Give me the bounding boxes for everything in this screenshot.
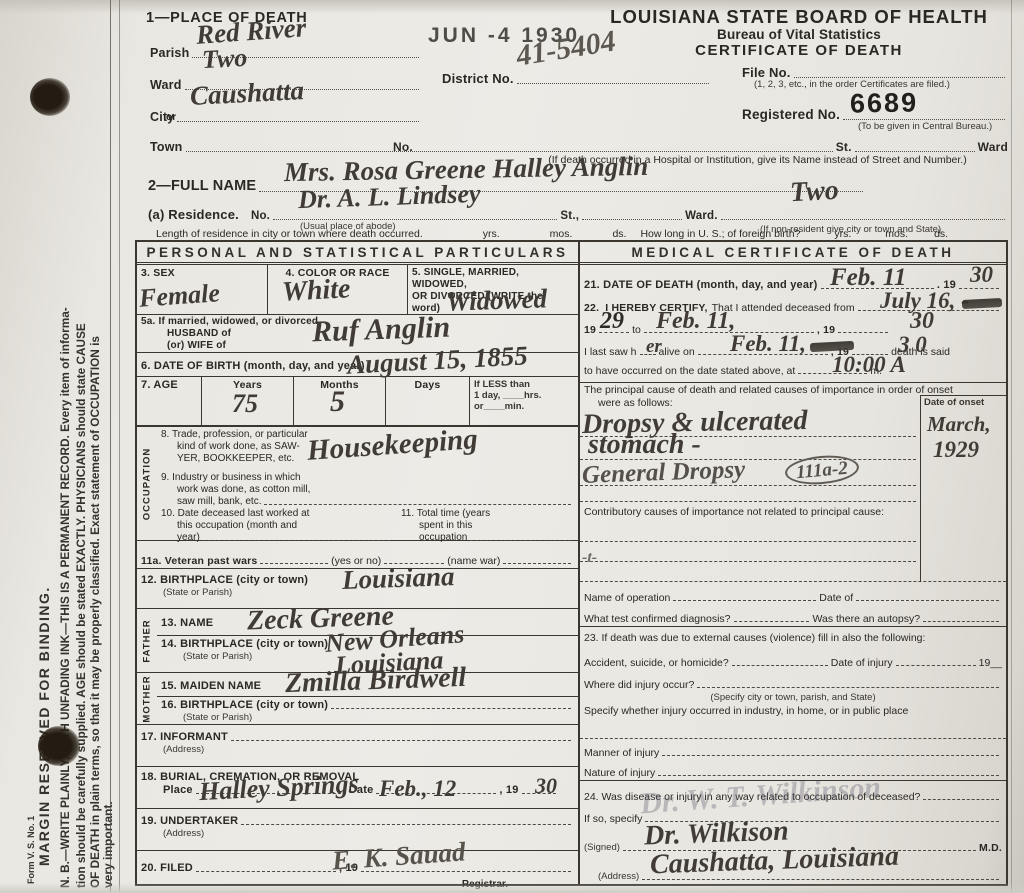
registrar-label: Registrar. [462,879,508,890]
margin-note-line2: tion should be carefully supplied. AGE s… [74,323,88,888]
year2-line [838,331,888,333]
undertaker-line [241,823,571,825]
binding-rule-outer [110,0,111,893]
test-line [734,620,810,622]
personal-title: PERSONAL AND STATISTICAL PARTICULARS [137,242,578,265]
residence-label: (a) Residence. [148,207,239,222]
town-line [186,150,419,152]
to-label: to [632,324,641,337]
autopsy-label: Was there an autopsy? [812,613,920,626]
industry-line [264,503,571,505]
or-label: or [166,112,176,123]
registered-no-caption: (To be given in Central Bureau.) [858,121,992,132]
binding-rule-inner [119,0,120,893]
test-autopsy-row: What test confirmed diagnosis? Was there… [580,605,1006,627]
margin-note-line4: very important. [101,801,115,888]
lastsaw-er-entry: er [646,337,662,356]
age-less-line1: If LESS than [474,379,574,390]
test-label: What test confirmed diagnosis? [584,613,731,626]
veteran-namewar-label: (name war) [447,555,500,568]
undertaker-label: 19. UNDERTAKER [141,815,238,828]
certify-strikeout [962,298,1002,309]
length-mos-label: mos. [550,228,573,240]
father-side-label: FATHER [137,609,157,672]
year1-prefix: 19 [584,324,596,337]
medical-certificate-column: MEDICAL CERTIFICATE OF DEATH 21. DATE OF… [580,242,1006,884]
street-ward-label: Ward [978,140,1008,154]
occupation-question-line [923,798,999,800]
ward-label: Ward [150,78,182,92]
residence-st-line [582,218,682,220]
residence-ward-label: Ward. [685,210,718,222]
registered-no-label: Registered No. [742,107,840,122]
onset-entry-line2: 1929 [933,438,979,461]
residence-no-line [273,218,557,220]
lastworked-label-line2: this occupation (month and [177,520,393,532]
bureau-subtitle: Bureau of Vital Statistics [585,27,1013,42]
burial-place-label: Place [163,784,193,797]
mother-name-label: 15. MAIDEN NAME [161,680,261,692]
lastworked-label-line1: 10. Date deceased last worked at [161,508,393,520]
margin-note-line1: N. B.—WRITE PLAINLY, WITH UNFADING INK—T… [58,307,72,888]
district-no-line [517,82,709,84]
pencil-mark: -t- [582,550,597,566]
ward-entry: Two [201,45,248,73]
specify-line [580,723,1006,739]
veteran-line1 [260,562,328,564]
external-label: 23. If death was due to external causes … [584,632,1002,645]
informant-sub-label: (Address) [163,744,574,755]
mother-bp-line [331,707,571,709]
sex-entry: Female [138,280,220,312]
street-st-label: St. [836,140,852,154]
industry-label-line3: saw mill, bank, etc. [177,496,261,508]
external-causes-row: 23. If death was due to external causes … [580,627,1006,648]
dod-label: 21. DATE OF DEATH (month, day, and year) [584,279,818,292]
specify-row: Specify whether injury occurred in indus… [580,704,1006,723]
totaltime-label-line2: spent in this [419,520,574,532]
board-title: LOUISIANA STATE BOARD OF HEALTH [585,6,1013,28]
accident-line [732,664,828,666]
ink-blot-bottom [38,726,80,766]
age-less-line3: or____min. [474,401,574,412]
injury-date-line [896,664,976,666]
industry-row: 9. Industry or business in which work wa… [157,471,578,507]
age-less-line2: 1 day, ____hrs. [474,390,574,401]
district-no-label: District No. [442,71,514,86]
cause-entry-line2: stomach - [588,431,701,459]
md-label: M.D. [979,842,1002,855]
sex-race-marital-row: 3. SEX Female 4. COLOR OR RACE White 5. … [137,265,578,315]
marital-entry: Widowed [446,285,548,316]
length-yrs-label: yrs. [483,228,500,240]
street-no-label: No. [393,140,413,154]
year2-entry: 30 [910,309,934,333]
mother-bp-sub-label: (State or Parish) [183,712,574,723]
operation-date-line [856,599,999,601]
age-years-entry: 75 [232,391,258,417]
occupation-side-label: OCCUPATION [137,427,157,540]
where-sub-label: (Specify city or town, parish, and State… [710,692,875,703]
ifso-label: If so, specify [584,813,642,826]
cause-line2: stomach - [580,437,916,460]
occurred-entry: 10:00 A [832,353,906,376]
specify-label: Specify whether injury occurred in indus… [584,705,1002,718]
file-no-label: File No. [742,65,791,80]
personal-particulars-column: PERSONAL AND STATISTICAL PARTICULARS 3. … [137,242,580,884]
accident-row: Accident, suicide, or homicide? Date of … [580,648,1006,670]
physician-ghost-stamp: Dr. W. T. Wilkinson [640,782,882,811]
occurred-row: to have occurred on the date stated abov… [580,359,1006,383]
certify-row: 22. I HEREBY CERTIFY, That I attended de… [580,293,1006,315]
cause-line3: General Dropsy 111a-2 [580,460,916,486]
operation-row: Name of operation Date of [580,582,1006,605]
full-name-label: 2—FULL NAME [148,178,256,194]
town-label: Town [150,140,183,154]
us-yrs-label: yrs. [834,228,851,240]
veteran-label: 11a. Veteran past wars [141,555,257,568]
burial-place-entry: Halley Springs [198,771,359,805]
burial-date-entry: Feb., 12 [379,777,456,800]
accident-label: Accident, suicide, or homicide? [584,657,729,670]
last-saw-row: I last saw h alive on , 19 death is said… [580,337,1006,359]
onset-label: Date of onset [924,397,1003,408]
manner-label: Manner of injury [584,747,659,760]
operation-label: Name of operation [584,592,670,605]
mother-bp-label: 16. BIRTHPLACE (city or town) [161,699,328,712]
lastsaw-entry: Feb. 11, [730,332,806,355]
residence-ward-entry: Two [789,177,839,208]
industry-label-line2: work was done, as cotton mill, [177,484,574,496]
dod-year-entry: 30 [970,263,993,286]
filed-label: 20. FILED [141,862,193,875]
lastsaw-label1: I last saw h [584,346,637,359]
address-label: (Address) [598,871,639,884]
contributory-line2: -t- [580,542,916,562]
burial-year-entry: 30 [535,775,557,797]
manner-row: Manner of injury [580,739,1006,760]
dob-entry: August 15, 1855 [346,342,528,378]
dod-entry: Feb. 11 [830,265,906,290]
year2-prefix: , 19 [817,324,835,337]
dob-row: 6. DATE OF BIRTH (month, day, and year) … [137,353,578,377]
onset-entry-line1: March, [927,414,991,435]
street-st-line [855,150,975,152]
to-entry: Feb. 11, [656,309,735,333]
file-no-line [794,76,1005,78]
lastworked-totaltime-row: 10. Date deceased last worked at this oc… [157,507,578,541]
ink-blot-top [30,78,70,116]
autopsy-line [923,620,999,622]
death-certificate-scan: Form V. S. No. 1 MARGIN RESERVED FOR BIN… [0,0,1024,893]
paper-edge-rule [1011,0,1012,893]
signed-label: (Signed) [584,842,620,855]
age-row: 7. AGE Years 75 Months 5 Days If LESS th… [137,377,578,427]
where-injury-row: Where did injury occur? [580,670,1006,692]
industry-label-line1: 9. Industry or business in which [161,472,574,484]
address-entry: Caushatta, Louisiana [650,843,900,880]
race-entry: White [281,275,351,307]
birthplace-entry: Louisiana [342,563,455,594]
mother-name-entry: Zmilla Birdwell [285,664,467,698]
mother-birthplace-row: 16. BIRTHPLACE (city or town) (State or … [157,697,578,724]
residence-entry: Dr. A. L. Lindsey [298,181,481,213]
form-number-margin: Form V. S. No. 1 [26,816,36,884]
burial-row: 18. BURIAL, CREMATION, OR REMOVAL Place … [137,767,578,809]
year1-entry: 29 [600,309,624,333]
certify-number: 22. [584,302,599,315]
us-length-label: How long in U. S.; of foreign birth? [640,228,800,240]
contributory-line1 [580,522,916,542]
sex-label: 3. SEX [141,267,175,279]
length-ds-label: ds. [612,228,626,240]
injury-year-label: 19__ [979,657,1002,670]
residence-no-label: No. [251,210,270,222]
length-residence-label: Length of residence in city or town wher… [156,228,423,240]
operation-line [673,599,816,601]
nature-label: Nature of injury [584,767,655,780]
occupation-block: OCCUPATION 8. Trade, profession, or part… [137,427,578,541]
filed-row: 20. FILED , 19 E. K. Sauad Registrar. [137,851,578,893]
mother-name-row: 15. MAIDEN NAME Zmilla Birdwell [157,673,578,697]
certificate-title: CERTIFICATE OF DEATH [585,42,1013,59]
informant-line [231,739,571,741]
margin-reserved-note: MARGIN RESERVED FOR BINDING. [36,586,52,866]
where-sub-row: (Specify city or town, parish, and State… [580,692,1006,704]
where-line [697,686,999,688]
mother-block: MOTHER 15. MAIDEN NAME Zmilla Birdwell 1… [137,673,578,725]
us-mos-label: mos. [885,228,908,240]
filed-line [196,870,336,872]
trade-row: 8. Trade, profession, or particular kind… [157,427,578,471]
city-entry: Caushatta [189,77,304,110]
date-of-onset-box: Date of onset March, 1929 [920,395,1006,582]
occurred-label: to have occurred on the date stated abov… [584,365,795,378]
cause-entry-line3: General Dropsy [582,457,746,488]
residence-ward-line [721,218,1005,220]
age-months-entry: 5 [330,387,345,417]
mother-side-label: MOTHER [137,673,157,724]
registered-no-stamp: 6689 [850,87,919,119]
manner-line [662,754,999,756]
injury-date-label: Date of injury [831,657,893,670]
parish-label: Parish [150,46,189,60]
spouse-entry: Ruf Anglin [312,313,451,348]
age-label: 7. AGE [141,379,178,391]
burial-year-prefix: , 19 [499,784,518,797]
operation-date-label: Date of [819,592,853,605]
informant-label: 17. INFORMANT [141,731,228,744]
totaltime-label-line1: 11. Total time (years [401,508,574,520]
medical-title: MEDICAL CERTIFICATE OF DEATH [580,242,1006,265]
city-line [177,120,419,122]
veteran-line3 [503,562,571,564]
informant-row: 17. INFORMANT (Address) [137,725,578,767]
father-name-label: 13. NAME [161,617,213,629]
us-ds-label: ds. [934,228,948,240]
address-row: (Address) Caushatta, Louisiana [580,855,1006,884]
cause-line4 [580,486,916,502]
residence-st-label: St., [560,210,579,222]
certificate-body: PERSONAL AND STATISTICAL PARTICULARS 3. … [135,240,1008,886]
father-block: FATHER 13. NAME Zeck Greene 14. BIRTHPLA… [137,609,578,673]
age-days-label: Days [415,379,441,391]
lastsaw-label2: alive on [659,346,695,359]
where-label: Where did injury occur? [584,679,694,692]
margin-note-line3: OF DEATH in plain terms, so that it may … [88,336,102,888]
undertaker-sub-label: (Address) [163,828,574,839]
